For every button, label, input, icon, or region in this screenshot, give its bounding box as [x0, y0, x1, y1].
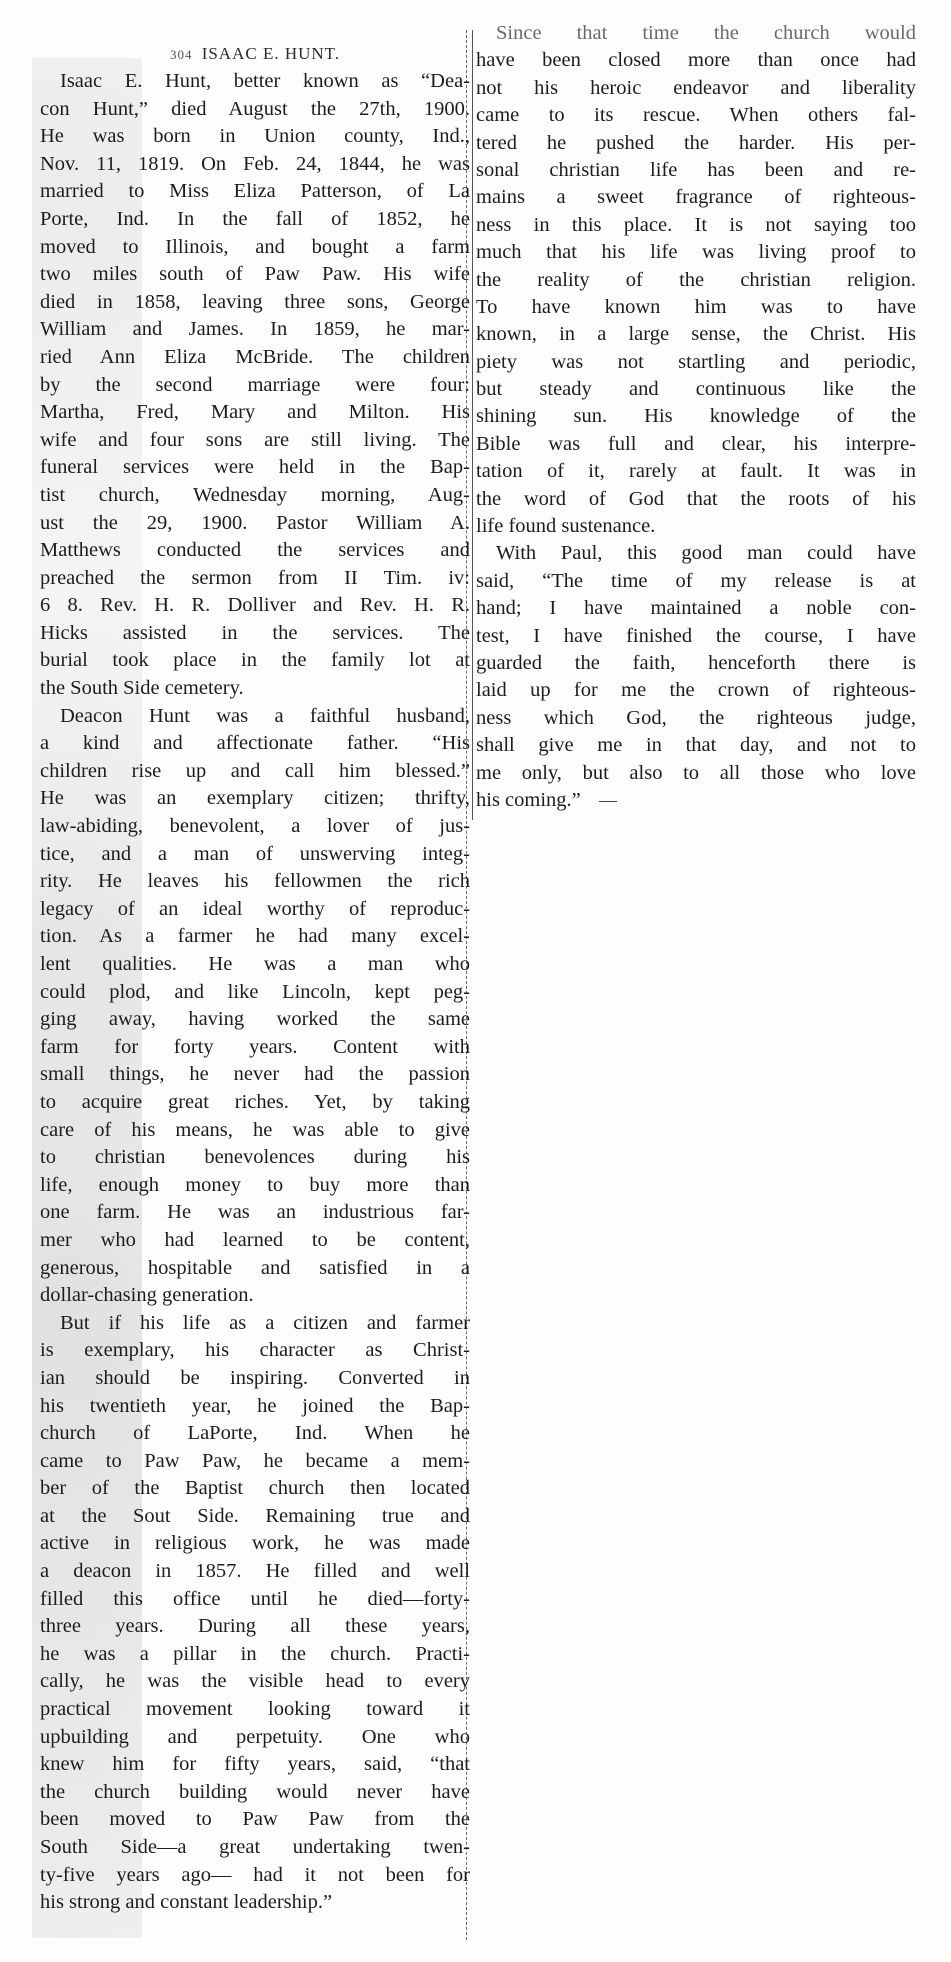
text-line: moved to Illinois, and bought a farm [40, 234, 470, 262]
text-line: wife and four sons are still living. The [40, 427, 470, 455]
text-line: me only, but also to all those who love [476, 760, 916, 787]
headline-text: ISAAC E. HUNT. [202, 44, 340, 63]
text-line: he was a pillar in the church. Practi- [40, 1641, 470, 1669]
text-line-content: With Paul, this good man could have [496, 542, 916, 564]
text-line: con Hunt,” died August the 27th, 1900. [40, 96, 470, 124]
text-line: Porte, Ind. In the fall of 1852, he [40, 206, 470, 234]
text-line: to christian benevolences during his [40, 1144, 470, 1172]
text-line-content: William and James. In 1859, he mar- [40, 318, 470, 340]
text-line: farm for forty years. Content with [40, 1034, 470, 1062]
text-line-content: sonal christian life has been and re- [476, 159, 916, 181]
text-line: have been closed more than once had [476, 47, 916, 74]
text-line-content: said, “The time of my release is at [476, 570, 916, 592]
text-line: his strong and constant leadership.” [40, 1889, 470, 1917]
text-line-content: shall give me in that day, and not to [476, 734, 916, 756]
text-line-content: con Hunt,” died August the 27th, 1900. [40, 98, 470, 120]
left-column-text: Isaac E. Hunt, better known as “Dea-con … [40, 68, 470, 1917]
text-line-content: Porte, Ind. In the fall of 1852, he [40, 208, 470, 230]
text-line-content: practical movement looking toward it [40, 1698, 470, 1720]
text-line-content: the reality of the christian religion. [476, 269, 916, 291]
text-line: burial took place in the family lot at [40, 647, 470, 675]
text-line-content: he was a pillar in the church. Practi- [40, 1643, 470, 1665]
text-line-content: test, I have finished the course, I have [476, 625, 916, 647]
text-line-content: his twentieth year, he joined the Bap- [40, 1395, 470, 1417]
text-line: Nov. 11, 1819. On Feb. 24, 1844, he was [40, 151, 470, 179]
text-line: small things, he never had the passion [40, 1061, 470, 1089]
text-line: hand; I have maintained a noble con- [476, 595, 916, 622]
text-line: the reality of the christian religion. [476, 267, 916, 294]
text-line-content: a kind and affectionate father. “His [40, 732, 470, 754]
text-line: church of LaPorte, Ind. When he [40, 1420, 470, 1448]
text-line-content: church of LaPorte, Ind. When he [40, 1422, 470, 1444]
text-line-content: ness which God, the righteous judge, [476, 707, 916, 729]
text-line-content: South Side—a great undertaking twen- [40, 1836, 470, 1858]
text-line: knew him for fifty years, said, “that [40, 1751, 470, 1779]
left-column: 304 ISAAC E. HUNT. Isaac E. Hunt, better… [40, 40, 470, 1917]
text-line: William and James. In 1859, he mar- [40, 316, 470, 344]
text-line: ging away, having worked the same [40, 1006, 470, 1034]
text-line-content: law-abiding, benevolent, a lover of jus- [40, 815, 470, 837]
text-line: cally, he was the visible head to every [40, 1668, 470, 1696]
text-line-content: ian should be inspiring. Converted in [40, 1367, 470, 1389]
text-line-content: But if his life as a citizen and farmer [60, 1312, 470, 1334]
text-line-content: not his heroic endeavor and liberality [476, 77, 916, 99]
text-line: a deacon in 1857. He filled and well [40, 1558, 470, 1586]
text-line: a kind and affectionate father. “His [40, 730, 470, 758]
text-line-content: filled this office until he died—forty- [40, 1588, 470, 1610]
text-line-content: ber of the Baptist church then located [40, 1477, 470, 1499]
text-line: preached the sermon from II Tim. iv: [40, 565, 470, 593]
text-line: by the second marriage were four: [40, 372, 470, 400]
text-line: 6 8. Rev. H. R. Dolliver and Rev. H. R. [40, 592, 470, 620]
text-line-content: burial took place in the family lot at [40, 649, 470, 671]
text-line: his twentieth year, he joined the Bap- [40, 1393, 470, 1421]
text-line-content: guarded the faith, henceforth there is [476, 652, 916, 674]
page-background: 304 ISAAC E. HUNT. Isaac E. Hunt, better… [0, 0, 951, 1962]
text-line: been moved to Paw Paw from the [40, 1806, 470, 1834]
text-line: active in religious work, he was made [40, 1530, 470, 1558]
text-line-content: at the Sout Side. Remaining true and [40, 1505, 470, 1527]
text-line-content: cally, he was the visible head to every [40, 1670, 470, 1692]
text-line-content: preached the sermon from II Tim. iv: [40, 567, 470, 589]
text-line-content: by the second marriage were four: [40, 374, 470, 396]
text-line-content: Isaac E. Hunt, better known as “Dea- [60, 70, 470, 92]
text-line: filled this office until he died—forty- [40, 1586, 470, 1614]
text-line: dollar-chasing generation. [40, 1282, 470, 1310]
text-line-content: one farm. He was an industrious far- [40, 1201, 470, 1223]
text-line-content: could plod, and like Lincoln, kept peg- [40, 981, 470, 1003]
text-line-content: mains a sweet fragrance of righteous- [476, 186, 916, 208]
text-line-content: 6 8. Rev. H. R. Dolliver and Rev. H. R. [40, 594, 470, 616]
text-line-content: ust the 29, 1900. Pastor William A. [40, 512, 470, 534]
text-line: tist church, Wednesday morning, Aug- [40, 482, 470, 510]
text-line: ried Ann Eliza McBride. The children [40, 344, 470, 372]
text-line-content: wife and four sons are still living. The [40, 429, 470, 451]
text-line-content: care of his means, he was able to give [40, 1119, 470, 1141]
text-line: lent qualities. He was a man who [40, 951, 470, 979]
text-line-content: life found sustenance. [476, 515, 655, 537]
text-line: to acquire great riches. Yet, by taking [40, 1089, 470, 1117]
text-line: married to Miss Eliza Patterson, of La [40, 178, 470, 206]
text-line-content: is exemplary, his character as Christ- [40, 1339, 470, 1361]
text-line: He was an exemplary citizen; thrifty, [40, 785, 470, 813]
text-line: died in 1858, leaving three sons, George [40, 289, 470, 317]
text-line-content: small things, he never had the passion [40, 1063, 470, 1085]
text-line: upbuilding and perpetuity. One who [40, 1724, 470, 1752]
right-column: Since that time the church wouldhave bee… [476, 20, 916, 814]
text-line-content: tist church, Wednesday morning, Aug- [40, 484, 470, 506]
text-line: ness in this place. It is not saying too [476, 212, 916, 239]
right-column-text: Since that time the church wouldhave bee… [476, 20, 916, 814]
text-line: With Paul, this good man could have [476, 540, 916, 567]
text-line-content: to christian benevolences during his [40, 1146, 470, 1168]
text-line-content: funeral services were held in the Bap- [40, 456, 470, 478]
text-line: law-abiding, benevolent, a lover of jus- [40, 813, 470, 841]
text-line-content: Since that time the church would [496, 22, 916, 44]
text-line: ty-five years ago— had it not been for [40, 1862, 470, 1890]
text-line-content: tation of it, rarely at fault. It was in [476, 460, 916, 482]
text-line: To have known him was to have [476, 294, 916, 321]
text-line: much that his life was living proof to [476, 239, 916, 266]
text-line: his coming.” [476, 787, 916, 814]
text-line-content: To have known him was to have [476, 296, 916, 318]
text-line-content: known, in a large sense, the Christ. His [476, 323, 916, 345]
text-line: ust the 29, 1900. Pastor William A. [40, 510, 470, 538]
text-line: sonal christian life has been and re- [476, 157, 916, 184]
text-line-content: hand; I have maintained a noble con- [476, 597, 916, 619]
text-line-content: the word of God that the roots of his [476, 488, 916, 510]
text-line-content: died in 1858, leaving three sons, George [40, 291, 470, 313]
text-line-content: shining sun. His knowledge of the [476, 405, 916, 427]
text-line: two miles south of Paw Paw. His wife [40, 261, 470, 289]
text-line-content: the church building would never have [40, 1781, 470, 1803]
text-line: Deacon Hunt was a faithful husband, [40, 703, 470, 731]
text-line-content: Nov. 11, 1819. On Feb. 24, 1844, he was [40, 153, 470, 175]
text-line: legacy of an ideal worthy of reproduc- [40, 896, 470, 924]
text-line-content: active in religious work, he was made [40, 1532, 470, 1554]
text-line-content: generous, hospitable and satisfied in a [40, 1257, 470, 1279]
text-line: shining sun. His knowledge of the [476, 403, 916, 430]
text-line: practical movement looking toward it [40, 1696, 470, 1724]
text-line-content: piety was not startling and periodic, [476, 351, 916, 373]
text-line-content: Deacon Hunt was a faithful husband, [60, 705, 470, 727]
text-line: Bible was full and clear, his interpre- [476, 431, 916, 458]
text-line: But if his life as a citizen and farmer [40, 1310, 470, 1338]
text-line: children rise up and call him blessed.” [40, 758, 470, 786]
text-line-content: lent qualities. He was a man who [40, 953, 470, 975]
text-line: Hicks assisted in the services. The [40, 620, 470, 648]
text-line: said, “The time of my release is at [476, 568, 916, 595]
text-line-content: tered he pushed the harder. His per- [476, 132, 916, 154]
text-line-content: three years. During all these years, [40, 1615, 470, 1637]
text-line: guarded the faith, henceforth there is [476, 650, 916, 677]
text-line: the church building would never have [40, 1779, 470, 1807]
text-line-content: moved to Illinois, and bought a farm [40, 236, 470, 258]
text-line-content: farm for forty years. Content with [40, 1036, 470, 1058]
text-line: at the Sout Side. Remaining true and [40, 1503, 470, 1531]
obituary-headline: 304 ISAAC E. HUNT. [40, 44, 470, 64]
text-line-content: children rise up and call him blessed.” [40, 760, 470, 782]
text-line: Martha, Fred, Mary and Milton. His [40, 399, 470, 427]
text-line: Matthews conducted the services and [40, 537, 470, 565]
text-line-content: tice, and a man of unswerving integ- [40, 843, 470, 865]
text-line-content: dollar-chasing generation. [40, 1284, 254, 1306]
text-line: Isaac E. Hunt, better known as “Dea- [40, 68, 470, 96]
text-line: three years. During all these years, [40, 1613, 470, 1641]
text-line-content: knew him for fifty years, said, “that [40, 1753, 470, 1775]
text-line: tered he pushed the harder. His per- [476, 130, 916, 157]
text-line: tation of it, rarely at fault. It was in [476, 458, 916, 485]
text-line-content: legacy of an ideal worthy of reproduc- [40, 898, 470, 920]
text-line: South Side—a great undertaking twen- [40, 1834, 470, 1862]
text-line-content: been moved to Paw Paw from the [40, 1808, 470, 1830]
text-line: the word of God that the roots of his [476, 486, 916, 513]
text-line-content: tion. As a farmer he had many excel- [40, 925, 470, 947]
text-line: mains a sweet fragrance of righteous- [476, 184, 916, 211]
text-line-content: much that his life was living proof to [476, 241, 916, 263]
text-line: known, in a large sense, the Christ. His [476, 321, 916, 348]
text-line-content: to acquire great riches. Yet, by taking [40, 1091, 470, 1113]
text-line: ness which God, the righteous judge, [476, 705, 916, 732]
text-line-content: have been closed more than once had [476, 49, 916, 71]
text-line-content: ty-five years ago— had it not been for [40, 1864, 470, 1886]
text-line-content: me only, but also to all those who love [476, 762, 916, 784]
text-line: test, I have finished the course, I have [476, 623, 916, 650]
text-line: He was born in Union county, Ind., [40, 123, 470, 151]
text-line-content: rity. He leaves his fellowmen the rich [40, 870, 470, 892]
text-line: laid up for me the crown of righteous- [476, 677, 916, 704]
text-line: life found sustenance. [476, 513, 916, 540]
text-line-content: ging away, having worked the same [40, 1008, 470, 1030]
column-divider-rule-upper [472, 30, 473, 820]
text-line: funeral services were held in the Bap- [40, 454, 470, 482]
text-line-content: Bible was full and clear, his interpre- [476, 433, 916, 455]
text-line: one farm. He was an industrious far- [40, 1199, 470, 1227]
text-line: ian should be inspiring. Converted in [40, 1365, 470, 1393]
text-line: tion. As a farmer he had many excel- [40, 923, 470, 951]
text-line: mer who had learned to be content, [40, 1227, 470, 1255]
text-line-content: Hicks assisted in the services. The [40, 622, 470, 644]
text-line-content: two miles south of Paw Paw. His wife [40, 263, 470, 285]
text-line: care of his means, he was able to give [40, 1117, 470, 1145]
text-line-content: He was an exemplary citizen; thrifty, [40, 787, 470, 809]
newspaper-clipping: 304 ISAAC E. HUNT. Isaac E. Hunt, better… [14, 18, 919, 1946]
text-line: not his heroic endeavor and liberality [476, 75, 916, 102]
text-line-content: ried Ann Eliza McBride. The children [40, 346, 470, 368]
text-line: but steady and continuous like the [476, 376, 916, 403]
text-line: piety was not startling and periodic, [476, 349, 916, 376]
text-line: came to Paw Paw, he became a mem- [40, 1448, 470, 1476]
text-line-content: mer who had learned to be content, [40, 1229, 470, 1251]
text-line: Since that time the church would [476, 20, 916, 47]
text-line: life, enough money to buy more than [40, 1172, 470, 1200]
text-line-content: ness in this place. It is not saying too [476, 214, 916, 236]
text-line-content: but steady and continuous like the [476, 378, 916, 400]
text-line-content: the South Side cemetery. [40, 677, 244, 699]
text-line: came to its rescue. When others fal- [476, 102, 916, 129]
text-line-content: his coming.” [476, 789, 581, 811]
text-line-content: a deacon in 1857. He filled and well [40, 1560, 470, 1582]
text-line: rity. He leaves his fellowmen the rich [40, 868, 470, 896]
text-line-content: laid up for me the crown of righteous- [476, 679, 916, 701]
text-line: is exemplary, his character as Christ- [40, 1337, 470, 1365]
stamp-mark: 304 [170, 47, 193, 62]
text-line-content: his strong and constant leadership.” [40, 1891, 332, 1913]
text-line-content: married to Miss Eliza Patterson, of La [40, 180, 470, 202]
text-line: could plod, and like Lincoln, kept peg- [40, 979, 470, 1007]
text-line: ber of the Baptist church then located [40, 1475, 470, 1503]
text-line: generous, hospitable and satisfied in a [40, 1255, 470, 1283]
text-line-content: Matthews conducted the services and [40, 539, 470, 561]
text-line-content: Martha, Fred, Mary and Milton. His [40, 401, 470, 423]
text-line-content: life, enough money to buy more than [40, 1174, 470, 1196]
text-line-content: came to Paw Paw, he became a mem- [40, 1450, 470, 1472]
text-line-content: came to its rescue. When others fal- [476, 104, 916, 126]
text-line-content: upbuilding and perpetuity. One who [40, 1726, 470, 1748]
text-line: tice, and a man of unswerving integ- [40, 841, 470, 869]
text-line-content: He was born in Union county, Ind., [40, 125, 470, 147]
text-line: shall give me in that day, and not to [476, 732, 916, 759]
text-line: the South Side cemetery. [40, 675, 470, 703]
end-dash-mark [599, 801, 617, 802]
